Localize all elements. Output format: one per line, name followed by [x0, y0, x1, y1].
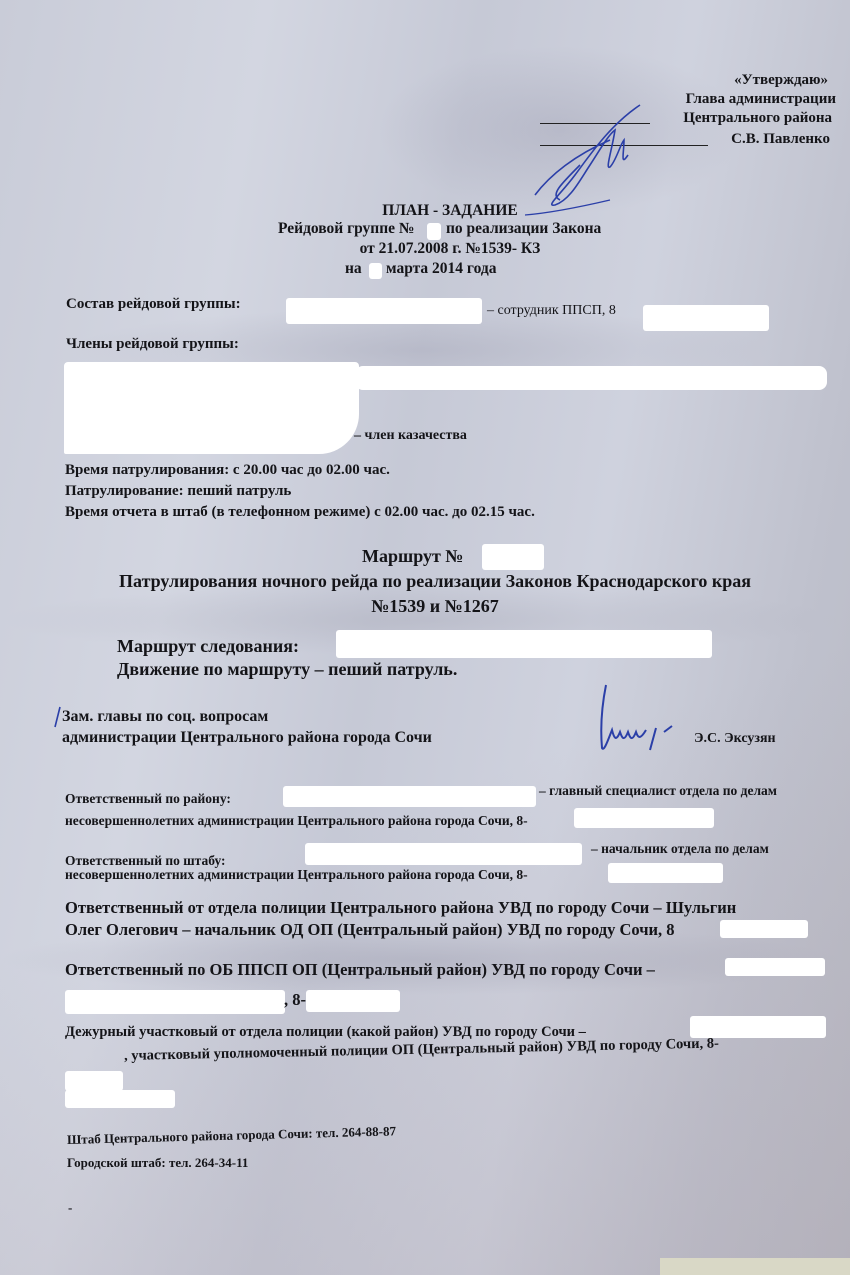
hq-responsible-line-2: несовершеннолетних администрации Централ… — [65, 867, 528, 883]
deputy-name: Э.С. Эксузян — [694, 731, 776, 747]
redaction-district-name — [283, 786, 536, 807]
deputy-title-line-2: администрации Центрального района города… — [62, 729, 432, 747]
district-hq-phone: Штаб Центрального района города Сочи: те… — [67, 1123, 396, 1148]
ppsp-responsible-line-1: Ответственный по ОБ ППСП ОП (Центральный… — [65, 960, 655, 980]
document-title: ПЛАН - ЗАДАНИЕ — [0, 202, 850, 220]
city-hq-phone: Городской штаб: тел. 264-34-11 — [67, 1155, 248, 1171]
approval-stamp: «Утверждаю» — [734, 72, 828, 89]
redaction-ppsp-phone — [306, 990, 400, 1012]
district-responsible-label: Ответственный по району: — [65, 791, 231, 807]
redaction-ppsp-name — [725, 958, 825, 976]
police-responsible-line-1: Ответственный от отдела полиции Централь… — [65, 898, 736, 918]
deputy-title-line-1: Зам. главы по соц. вопросам — [62, 708, 268, 726]
route-number-label: Маршрут № — [362, 546, 463, 567]
redaction-hq-phone — [608, 863, 723, 883]
police-responsible-line-2: Олег Олегович – начальник ОД ОП (Централ… — [65, 920, 675, 940]
members-label: Члены рейдовой группы: — [66, 336, 239, 353]
approval-line-1: Глава администрации — [686, 91, 836, 108]
patrol-type: Патрулирование: пеший патруль — [65, 483, 291, 500]
redaction-route-path — [336, 630, 712, 658]
composition-role: – сотрудник ППСП, 8 — [487, 303, 616, 319]
patrol-time: Время патрулирования: с 20.00 час до 02.… — [65, 462, 390, 479]
report-time: Время отчета в штаб (в телефонном режиме… — [65, 504, 535, 521]
route-movement: Движение по маршруту – пеший патруль. — [117, 659, 457, 680]
table-surface — [660, 1258, 850, 1275]
route-heading-line-1: Патрулирования ночного рейда по реализац… — [0, 571, 850, 592]
redaction-composition-phone — [643, 305, 769, 331]
approval-line-3: С.В. Павленко — [731, 131, 830, 148]
redaction-members-line — [355, 366, 827, 390]
district-responsible-role: – главный специалист отдела по делам — [539, 783, 827, 799]
redaction-duty-extra — [65, 1090, 175, 1108]
redaction-composition-name — [286, 298, 482, 324]
route-follow-label: Маршрут следования: — [117, 636, 299, 657]
redaction-district-phone — [574, 808, 714, 828]
duty-officer-line-1: Дежурный участковый от отдела полиции (к… — [65, 1024, 586, 1041]
tick-mark-icon — [52, 705, 62, 729]
redaction-members-list — [64, 362, 359, 454]
composition-label: Состав рейдовой группы: — [66, 296, 241, 313]
title-law-reference: от 21.07.2008 г. №1539- КЗ — [0, 240, 850, 258]
signature-deputy-icon — [594, 680, 689, 760]
redaction-duty-phone — [65, 1071, 123, 1091]
redaction-ppsp-name-cont — [65, 990, 285, 1014]
redaction-police-phone — [720, 920, 808, 938]
hq-responsible-role: – начальник отдела по делам — [591, 841, 769, 857]
trailing-mark: - — [68, 1200, 72, 1216]
district-responsible-line-2: несовершеннолетних администрации Централ… — [65, 813, 528, 829]
redaction-duty-name — [690, 1016, 826, 1038]
title-date-suffix: марта 2014 года — [386, 260, 496, 278]
title-group-suffix: по реализации Закона — [446, 220, 601, 238]
approval-line-2: Центрального района — [683, 110, 832, 127]
route-heading-line-2: №1539 и №1267 — [0, 596, 850, 617]
member-role: – член казачества — [354, 428, 467, 444]
redaction-hq-name — [305, 843, 582, 865]
redaction-group-number — [427, 223, 441, 240]
ppsp-responsible-line-2: , 8- — [284, 990, 306, 1010]
title-group-prefix: Рейдовой группе № — [278, 220, 415, 238]
redaction-date — [369, 263, 382, 279]
title-date-prefix: на — [345, 260, 362, 278]
redaction-route-number — [482, 544, 544, 570]
